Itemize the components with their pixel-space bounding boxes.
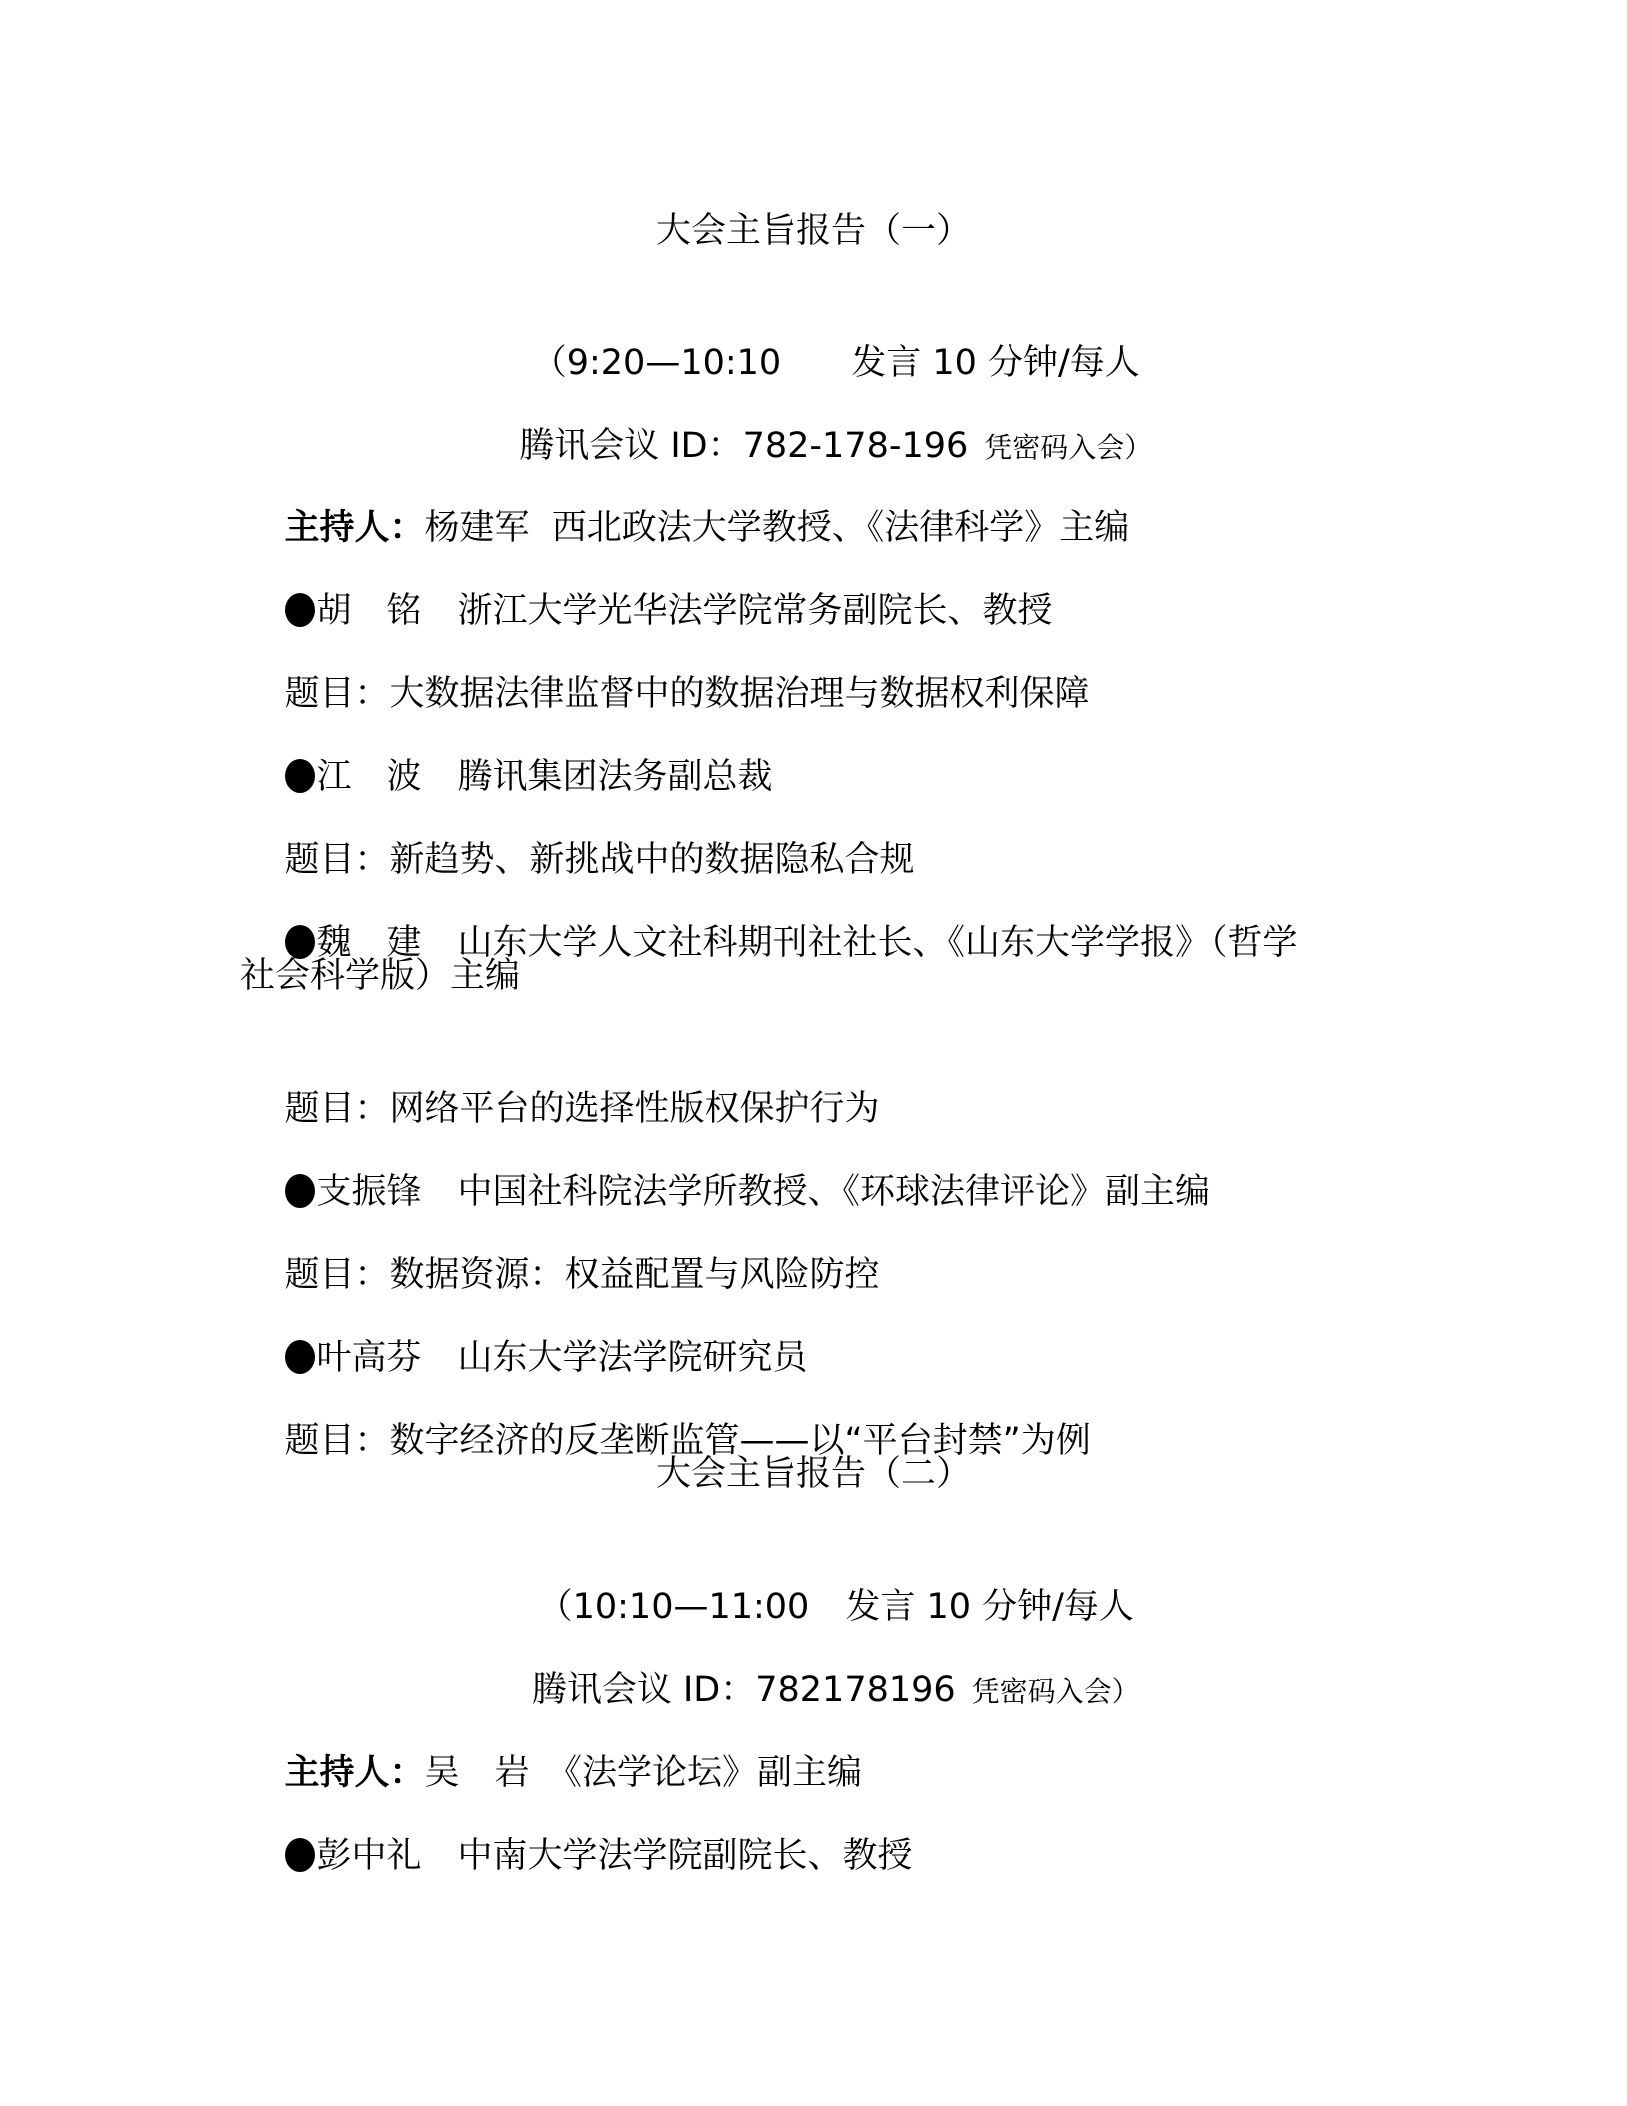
section-1-meeting-line: 腾讯会议 ID：782-178-196凭密码入会） — [0, 371, 1627, 421]
topic-line: 题目：大数据法律监督中的数据治理与数据权利保障 — [240, 619, 1090, 669]
speaker-line: 江 波腾讯集团法务副总裁 — [240, 702, 773, 752]
section-2-meeting-line: 腾讯会议 ID：782178196凭密码入会） — [0, 1615, 1627, 1665]
topic-line: 题目：数据资源：权益配置与风险防控 — [240, 1200, 880, 1250]
section-1-host-line: 主持人：杨建军 西北政法大学教授、《法律科学》主编 — [240, 453, 1129, 503]
speaker-affiliation-continued: 社会科学版）主编 — [240, 951, 520, 1001]
section-2-meeting-suffix: 凭密码入会） — [972, 1675, 1140, 1708]
topic-line: 题目：网络平台的选择性版权保护行为 — [240, 1034, 880, 1084]
section-2-title: 大会主旨报告（二） — [0, 1449, 1627, 1499]
section-2-time-line: （10:10—11:00发言 10 分钟/每人 — [0, 1532, 1627, 1582]
section-2-host-line: 主持人：吴 岩 《法学论坛》副主编 — [240, 1698, 862, 1748]
document-page: 大会主旨报告（一） （9:20—10:10发言 10 分钟/每人 腾讯会议 ID… — [0, 0, 1627, 2106]
speaker-line: 叶高芬山东大学法学院研究员 — [240, 1283, 808, 1333]
topic-line: 题目：新趋势、新挑战中的数据隐私合规 — [240, 785, 915, 835]
speaker-line: 彭中礼中南大学法学院副院长、教授 — [240, 1781, 913, 1831]
speaker-affiliation: 山东大学人文社科期刊社社长、《山东大学学报》（哲学 — [458, 923, 1298, 963]
speaker-line: 支振锋中国社科院法学所教授、《环球法律评论》副主编 — [240, 1117, 1210, 1167]
section-1-title: 大会主旨报告（一） — [0, 206, 1627, 256]
topic-line: 题目：数字经济的反垄断监管——以“平台封禁”为例 — [240, 1366, 1091, 1416]
section-1-time-line: （9:20—10:10发言 10 分钟/每人 — [0, 288, 1627, 338]
speaker-name: 彭中礼 — [317, 1836, 422, 1876]
bullet-icon — [285, 1838, 315, 1872]
speaker-line: 魏 建山东大学人文社科期刊社社长、《山东大学学报》（哲学 — [240, 868, 1298, 918]
speaker-line: 胡 铭浙江大学光华法学院常务副院长、教授 — [240, 536, 1053, 586]
speaker-affiliation: 中南大学法学院副院长、教授 — [458, 1836, 913, 1876]
